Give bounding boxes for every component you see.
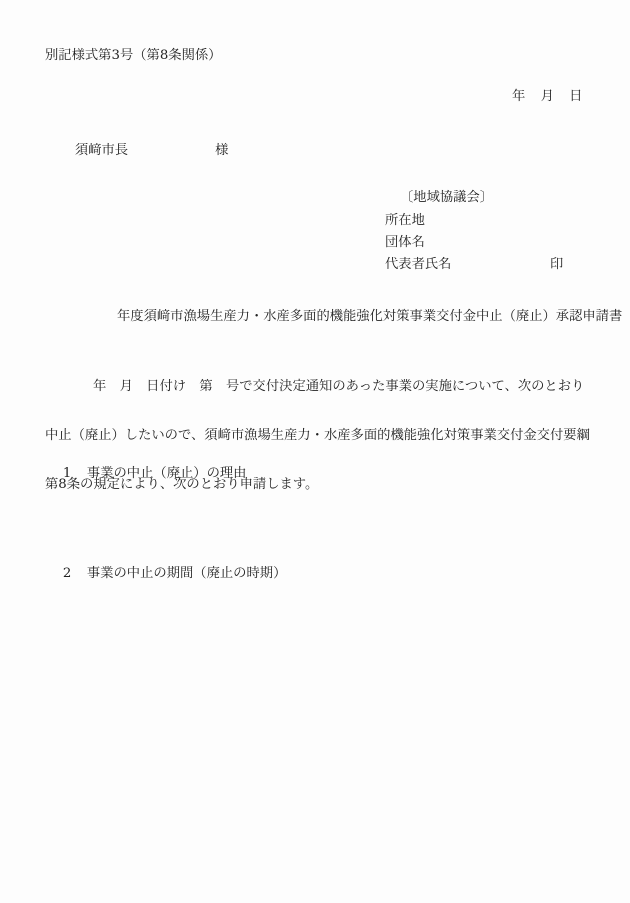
body-line-1: 年 月 日付け 第 号で交付決定通知のあった事業の実施について、次のとおり bbox=[45, 376, 597, 398]
addressee-honorific: 様 bbox=[215, 143, 228, 158]
list-item-1: 1事業の中止（廃止）の理由 bbox=[46, 454, 246, 494]
seal-mark: 印 bbox=[550, 258, 563, 271]
applicant-group-label: 〔地域協議会〕 bbox=[400, 191, 493, 204]
date-line: 年 月 日 bbox=[512, 90, 583, 103]
addressee-row: 須﨑市長様 bbox=[58, 131, 228, 171]
item-label: 事業の中止の期間（廃止の時期） bbox=[87, 566, 286, 581]
item-number: 2 bbox=[63, 567, 87, 580]
body-line-2: 中止（廃止）したいので、須﨑市漁場生産力・水産多面的機能強化対策事業交付金交付要… bbox=[45, 425, 597, 447]
addressee-name: 須﨑市長 bbox=[75, 143, 128, 158]
applicant-address-label: 所在地 bbox=[385, 214, 425, 227]
applicant-organization-label: 団体名 bbox=[385, 236, 425, 249]
form-number: 別記様式第3号（第8条関係） bbox=[45, 49, 221, 62]
document-page: 別記様式第3号（第8条関係） 年 月 日 須﨑市長様 〔地域協議会〕 所在地 団… bbox=[0, 0, 630, 903]
body-paragraph: 年 月 日付け 第 号で交付決定通知のあった事業の実施について、次のとおり 中止… bbox=[45, 349, 597, 523]
applicant-representative-label: 代表者氏名 bbox=[385, 258, 451, 271]
list-item-2: 2事業の中止の期間（廃止の時期） bbox=[46, 554, 286, 594]
item-label: 事業の中止（廃止）の理由 bbox=[87, 466, 247, 481]
item-number: 1 bbox=[63, 467, 87, 480]
document-title: 年度須﨑市漁場生産力・水産多面的機能強化対策事業交付金中止（廃止）承認申請書 bbox=[117, 310, 622, 323]
